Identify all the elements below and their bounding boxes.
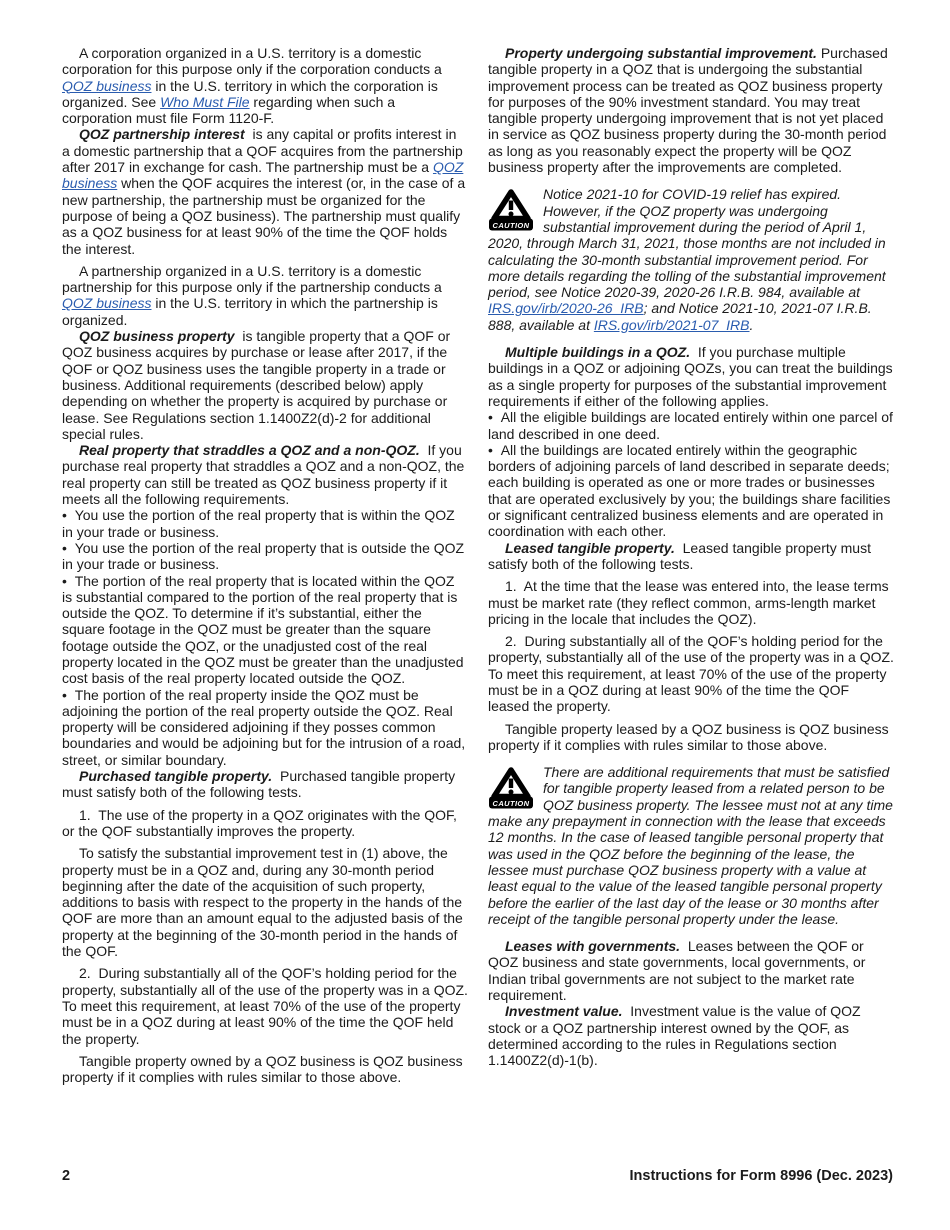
text-run: 2. During substantially all of the QOF’s…: [62, 965, 468, 1046]
paragraph: A partnership organized in a U.S. territ…: [62, 263, 468, 328]
text-run: Tangible property owned by a QOZ busines…: [62, 1053, 463, 1085]
paragraph: Leases with governments. Leases between …: [488, 938, 894, 1003]
numbered-item: 2. During substantially all of the QOF’s…: [62, 965, 468, 1046]
caution-icon: CAUTION: [488, 766, 534, 810]
text-run: 1. At the time that the lease was entere…: [488, 578, 889, 627]
bullet-icon: •: [62, 540, 75, 556]
numbered-item: 1. At the time that the lease was entere…: [488, 578, 894, 627]
paragraph: Investment value. Investment value is th…: [488, 1003, 894, 1068]
paragraph: Leased tangible property. Leased tangibl…: [488, 540, 894, 573]
text-run: All the eligible buildings are located e…: [488, 409, 893, 441]
text-run: is tangible property that a QOF or QOZ b…: [62, 328, 450, 442]
paragraph: Purchased tangible property. Purchased t…: [62, 768, 468, 801]
inline-link[interactable]: Who Must File: [160, 94, 249, 110]
bullet-icon: •: [488, 409, 501, 425]
text-run: Purchased tangible property in a QOZ tha…: [488, 45, 888, 175]
paragraph: Property undergoing substantial improvem…: [488, 45, 894, 175]
document-page: A corporation organized in a U.S. territ…: [0, 0, 950, 1230]
run-in-heading: QOZ business property: [79, 328, 235, 344]
right-column: Property undergoing substantial improvem…: [488, 45, 894, 1085]
bullet-icon: •: [62, 573, 75, 589]
numbered-item: 2. During substantially all of the QOF’s…: [488, 633, 894, 714]
numbered-item: 1. The use of the property in a QOZ orig…: [62, 807, 468, 840]
page-footer: 2 Instructions for Form 8996 (Dec. 2023): [62, 1168, 893, 1184]
run-in-heading: Leases with governments.: [505, 938, 680, 954]
caution-icon-label: CAUTION: [493, 799, 530, 808]
paragraph: Tangible property leased by a QOZ busine…: [488, 721, 894, 754]
bullet-icon: •: [488, 442, 501, 458]
text-run: You use the portion of the real property…: [62, 540, 464, 572]
run-in-heading: Purchased tangible property.: [79, 768, 272, 784]
text-run: The portion of the real property that is…: [62, 573, 464, 687]
paragraph: Real property that straddles a QOZ and a…: [62, 442, 468, 507]
paragraph: Multiple buildings in a QOZ. If you purc…: [488, 344, 894, 409]
bullet-icon: •: [62, 507, 75, 523]
caution-note: CAUTION Notice 2021-10 for COVID-19 reli…: [488, 186, 894, 333]
bullet-item: • All the buildings are located entirely…: [488, 442, 894, 540]
text-run: A partnership organized in a U.S. territ…: [62, 263, 442, 295]
run-in-heading: Real property that straddles a QOZ and a…: [79, 442, 420, 458]
text-run: .: [750, 317, 754, 333]
paragraph: To satisfy the substantial improvement t…: [62, 845, 468, 959]
bullet-item: • All the eligible buildings are located…: [488, 409, 894, 442]
bullet-icon: •: [62, 687, 75, 703]
text-run: There are additional requirements that m…: [488, 764, 893, 927]
caution-icon-label: CAUTION: [493, 221, 530, 230]
text-run: when the QOF acquires the interest (or, …: [62, 175, 465, 256]
paragraph: QOZ partnership interest is any capital …: [62, 126, 468, 256]
run-in-heading: Investment value.: [505, 1003, 623, 1019]
inline-link[interactable]: QOZ business: [62, 78, 151, 94]
bullet-item: • You use the portion of the real proper…: [62, 507, 468, 540]
footer-page-number: 2: [62, 1168, 70, 1184]
inline-link[interactable]: QOZ business: [62, 295, 151, 311]
bullet-item: • The portion of the real property insid…: [62, 687, 468, 768]
text-run: 2. During substantially all of the QOF’s…: [488, 633, 894, 714]
inline-link[interactable]: IRS.gov/irb/2020-26_IRB: [488, 300, 644, 316]
caution-icon: CAUTION: [488, 188, 534, 232]
caution-note: CAUTION There are additional requirement…: [488, 764, 894, 927]
text-run: Notice 2021-10 for COVID-19 relief has e…: [488, 186, 886, 300]
run-in-heading: Multiple buildings in a QOZ.: [505, 344, 690, 360]
paragraph: QOZ business property is tangible proper…: [62, 328, 468, 442]
inline-link[interactable]: IRS.gov/irb/2021-07_IRB: [594, 317, 750, 333]
text-run: To satisfy the substantial improvement t…: [62, 845, 463, 959]
text-run: All the buildings are located entirely w…: [488, 442, 890, 539]
paragraph: A corporation organized in a U.S. territ…: [62, 45, 468, 126]
page-body: A corporation organized in a U.S. territ…: [0, 0, 950, 1085]
left-column: A corporation organized in a U.S. territ…: [62, 45, 468, 1085]
footer-doc-title: Instructions for Form 8996 (Dec. 2023): [630, 1168, 894, 1184]
text-run: You use the portion of the real property…: [62, 507, 455, 539]
run-in-heading: Leased tangible property.: [505, 540, 675, 556]
text-run: The portion of the real property inside …: [62, 687, 465, 768]
paragraph: Tangible property owned by a QOZ busines…: [62, 1053, 468, 1086]
text-run: A corporation organized in a U.S. territ…: [62, 45, 442, 77]
bullet-item: • The portion of the real property that …: [62, 573, 468, 687]
run-in-heading: QOZ partnership interest: [79, 126, 245, 142]
text-run: Tangible property leased by a QOZ busine…: [488, 721, 889, 753]
run-in-heading: Property undergoing substantial improvem…: [505, 45, 817, 61]
text-run: 1. The use of the property in a QOZ orig…: [62, 807, 457, 839]
bullet-item: • You use the portion of the real proper…: [62, 540, 468, 573]
